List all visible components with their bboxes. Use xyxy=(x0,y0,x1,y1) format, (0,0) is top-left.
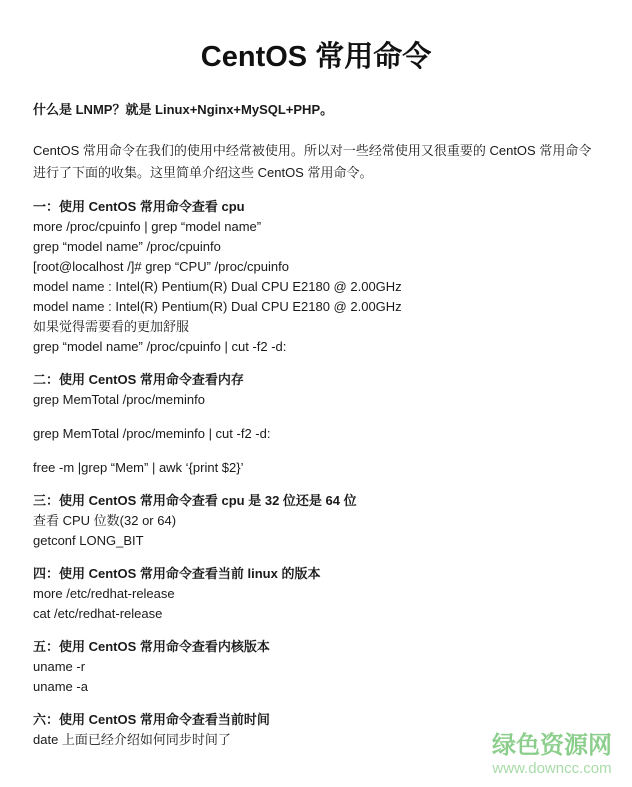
command-line: cat /etc/redhat-release xyxy=(33,604,604,624)
section-kernel-version: 五：使用 CentOS 常用命令查看内核版本 uname -r uname -a xyxy=(33,637,604,697)
intro-lead: 什么是 LNMP？就是 Linux+Nginx+MySQL+PHP。 xyxy=(33,100,604,120)
page-title: CentOS 常用命令 xyxy=(0,0,632,74)
intro-paragraph: CentOS 常用命令在我们的使用中经常被使用。所以对一些经常使用又很重要的 C… xyxy=(33,140,604,184)
section-heading: 四：使用 CentOS 常用命令查看当前 linux 的版本 xyxy=(33,564,604,584)
section-linux-version: 四：使用 CentOS 常用命令查看当前 linux 的版本 more /etc… xyxy=(33,564,604,624)
section-heading: 一：使用 CentOS 常用命令查看 cpu xyxy=(33,197,604,217)
section-heading: 五：使用 CentOS 常用命令查看内核版本 xyxy=(33,637,604,657)
command-line: [root@localhost /]# grep “CPU” /proc/cpu… xyxy=(33,257,604,277)
command-output-line: model name : Intel(R) Pentium(R) Dual CP… xyxy=(33,277,604,297)
command-line: more /proc/cpuinfo | grep “model name” xyxy=(33,217,604,237)
command-line: free -m |grep “Mem” | awk ‘{print $2}’ xyxy=(33,458,604,478)
command-line: more /etc/redhat-release xyxy=(33,584,604,604)
command-line: grep “model name” /proc/cpuinfo | cut -f… xyxy=(33,337,604,357)
section-cpu-bits: 三：使用 CentOS 常用命令查看 cpu 是 32 位还是 64 位 查看 … xyxy=(33,491,604,551)
section-view-cpu: 一：使用 CentOS 常用命令查看 cpu more /proc/cpuinf… xyxy=(33,197,604,357)
section-heading: 二：使用 CentOS 常用命令查看内存 xyxy=(33,370,604,390)
watermark-site-name: 绿色资源网 xyxy=(492,734,612,758)
command-line: getconf LONG_BIT xyxy=(33,531,604,551)
command-output-line: model name : Intel(R) Pentium(R) Dual CP… xyxy=(33,297,604,317)
section-heading: 六：使用 CentOS 常用命令查看当前时间 xyxy=(33,710,604,730)
note-line: 如果觉得需要看的更加舒服 xyxy=(33,317,604,337)
command-line: uname -r xyxy=(33,657,604,677)
document-page: CentOS 常用命令 什么是 LNMP？就是 Linux+Nginx+MySQ… xyxy=(0,0,632,787)
command-line: grep MemTotal /proc/meminfo | cut -f2 -d… xyxy=(33,424,604,444)
watermark-site-url: www.downcc.com xyxy=(492,761,612,776)
site-watermark: 绿色资源网 www.downcc.com xyxy=(492,734,612,776)
note-line: 查看 CPU 位数(32 or 64) xyxy=(33,511,604,531)
document-body: 什么是 LNMP？就是 Linux+Nginx+MySQL+PHP。 CentO… xyxy=(0,100,632,750)
command-line: uname -a xyxy=(33,677,604,697)
section-view-memory: 二：使用 CentOS 常用命令查看内存 grep MemTotal /proc… xyxy=(33,370,604,478)
command-line: grep MemTotal /proc/meminfo xyxy=(33,390,604,410)
command-line: grep “model name” /proc/cpuinfo xyxy=(33,237,604,257)
section-heading: 三：使用 CentOS 常用命令查看 cpu 是 32 位还是 64 位 xyxy=(33,491,604,511)
